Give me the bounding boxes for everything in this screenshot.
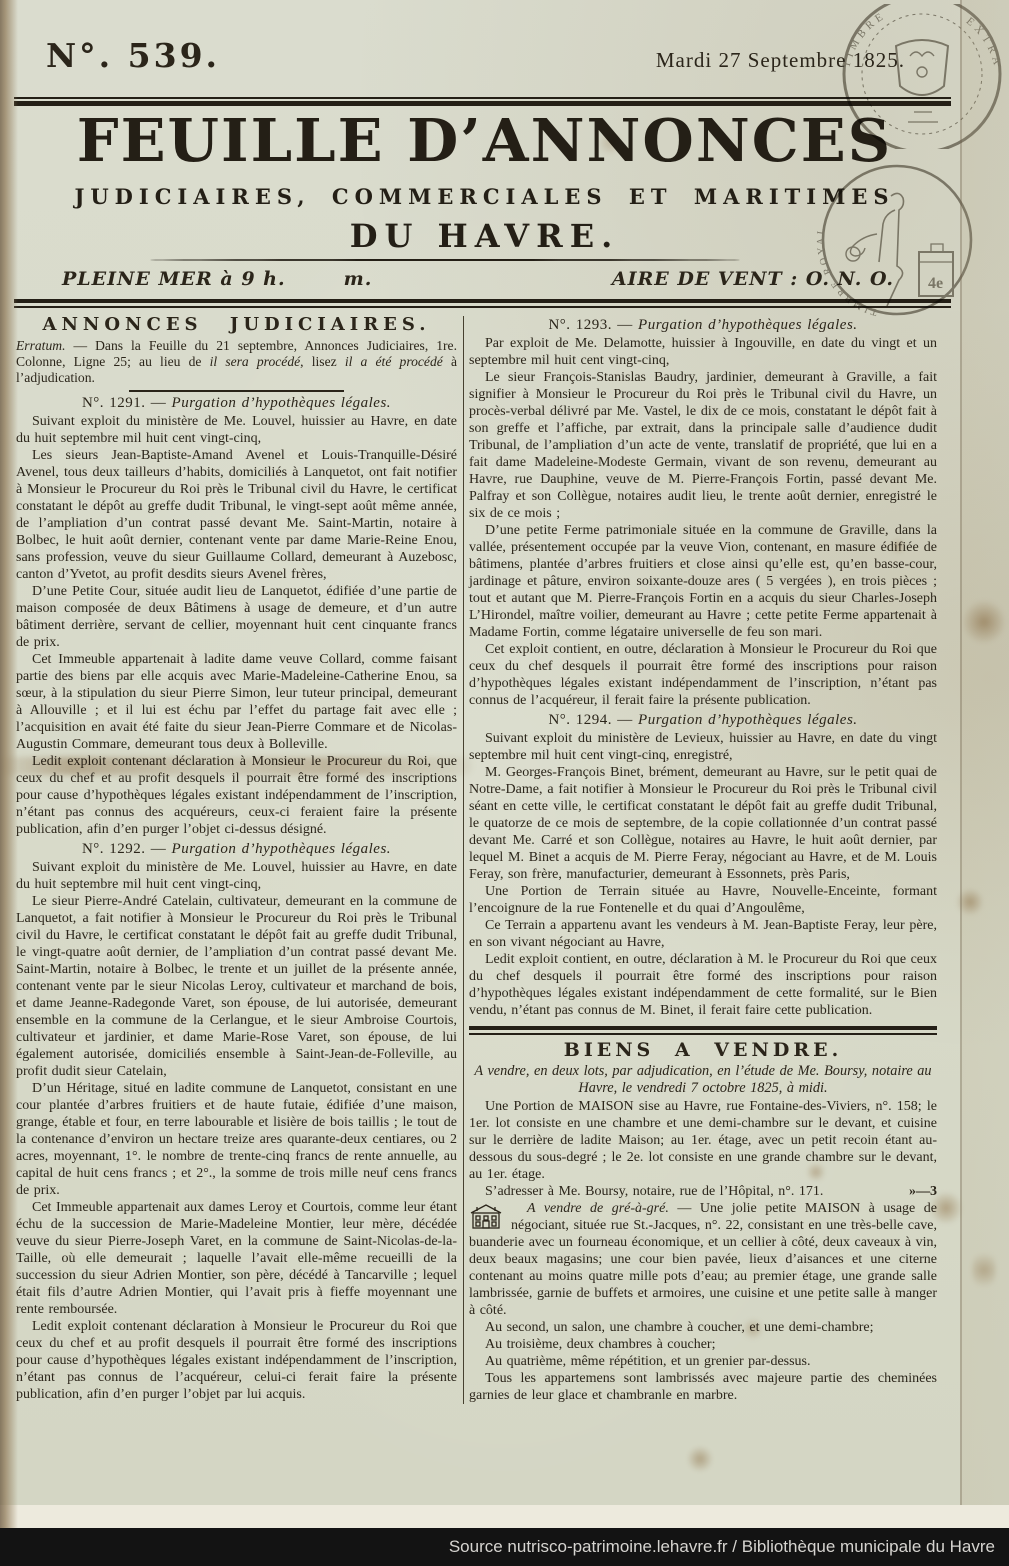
- newspaper-sheet: N°. 539. Mardi 27 Septembre 1825. FEUILL…: [0, 0, 1009, 1505]
- scan-background-strip: [0, 1505, 1009, 1528]
- timbre-royal-stamp-icon: 4e TIMBRE ROYAL: [815, 160, 980, 320]
- newspaper-city-line: DU HAVRE.: [20, 217, 949, 255]
- page-right-edge: [962, 0, 1009, 1505]
- biens-section-rule: [469, 1026, 937, 1035]
- left-column: ANNONCES JUDICIAIRES. Erratum. — Dans la…: [16, 314, 457, 1404]
- section-title-biens: BIENS A VENDRE.: [469, 1039, 937, 1061]
- newspaper-subtitle: JUDICIAIRES, COMMERCIALES ET MARITIMES: [20, 184, 949, 209]
- newspaper-title: FEUILLE D’ANNONCES: [20, 110, 949, 172]
- stamp-value: 4e: [928, 275, 943, 292]
- ad-signature-mark: »—3: [893, 1183, 937, 1200]
- tide-info: PLEINE MER à 9 h.m.: [62, 268, 372, 290]
- biens-ad2-note: Tous les appartemens sont lambrissés ave…: [469, 1370, 937, 1404]
- right-column: N°. 1293. — Purgation d’hypothèques léga…: [469, 314, 937, 1404]
- article-heading-1292: N°. 1292. — Purgation d’hypothèques léga…: [16, 841, 457, 858]
- book-binding-edge: [0, 0, 18, 1528]
- house-icon: [469, 1203, 503, 1231]
- paper-stain: [686, 1446, 714, 1472]
- svg-text:TIMBRE ROYAL: TIMBRE ROYAL: [815, 225, 878, 318]
- article-paragraph: M. Georges-François Binet, brément, deme…: [469, 764, 937, 883]
- biens-contact-line: »—3 S’adresser à Me. Boursy, notaire, ru…: [469, 1183, 937, 1200]
- paper-stain: [928, 1192, 964, 1224]
- biens-ad2-floor3: Au troisième, deux chambres à coucher;: [469, 1336, 937, 1353]
- biens-ad2-floor4: Au quatrième, même répétition, et un gre…: [469, 1353, 937, 1370]
- article-paragraph: Cet Immeuble appartenait aux dames Leroy…: [16, 1199, 457, 1318]
- article-columns: ANNONCES JUDICIAIRES. Erratum. — Dans la…: [16, 314, 937, 1404]
- column-divider-rule: [463, 316, 464, 1404]
- tide-wind-row: PLEINE MER à 9 h.m. AIRE DE VENT : O. N.…: [62, 268, 894, 290]
- article-paragraph: D’un Héritage, situé en ladite commune d…: [16, 1080, 457, 1199]
- biens-ad2-floor2: Au second, un salon, une chambre à couch…: [469, 1319, 937, 1336]
- newspaper-scan-page: N°. 539. Mardi 27 Septembre 1825. FEUILL…: [0, 0, 1009, 1566]
- erratum-paragraph: Erratum. — Dans la Feuille du 21 septemb…: [16, 338, 457, 386]
- paper-stain: [742, 1318, 764, 1340]
- svg-text:TIMBRE: TIMBRE: [840, 9, 888, 69]
- article-paragraph: Le sieur François-Stanislas Baudry, jard…: [469, 369, 937, 522]
- article-paragraph: Par exploit de Me. Delamotte, huissier à…: [469, 335, 937, 369]
- masthead: FEUILLE D’ANNONCES JUDICIAIRES, COMMERCI…: [20, 102, 949, 255]
- article-paragraph: Cet Immeuble appartenait à ladite dame v…: [16, 651, 457, 753]
- paper-stain: [890, 538, 906, 554]
- article-paragraph: Suivant exploit du ministère de Levieux,…: [469, 730, 937, 764]
- source-attribution-text: Source nutrisco-patrimoine.lehavre.fr / …: [449, 1537, 995, 1557]
- section-title-annonces: ANNONCES JUDICIAIRES.: [16, 314, 457, 335]
- article-paragraph: Les sieurs Jean-Baptiste-Amand Avenel et…: [16, 447, 457, 583]
- tide-label: PLEINE MER à 9 h.: [62, 268, 286, 290]
- paper-stain: [596, 132, 624, 154]
- article-paragraph: Ce Terrain a appartenu avant les vendeur…: [469, 917, 937, 951]
- page-right-edge-line: [960, 0, 962, 1505]
- article-paragraph: Cet exploit contient, en outre, déclarat…: [469, 641, 937, 709]
- biens-lot-description: Une Portion de MAISON sise au Havre, rue…: [469, 1098, 937, 1183]
- article-paragraph: Suivant exploit du ministère de Me. Louv…: [16, 859, 457, 893]
- article-paragraph: Ledit exploit contient, en outre, déclar…: [469, 951, 937, 1019]
- article-paragraph: Le sieur Pierre-André Catelain, cultivat…: [16, 893, 457, 1080]
- masthead-thin-rule: [150, 259, 740, 261]
- paper-smear-stain: [0, 757, 472, 775]
- source-attribution-bar: Source nutrisco-patrimoine.lehavre.fr / …: [0, 1528, 1009, 1566]
- article-paragraph: D’une petite Ferme patrimoniale située e…: [469, 522, 937, 641]
- article-paragraph: D’une Petite Cour, située audit lieu de …: [16, 583, 457, 651]
- article-paragraph: Ledit exploit contenant déclaration à Mo…: [16, 1318, 457, 1403]
- biens-intro: A vendre, en deux lots, par adjudication…: [469, 1063, 937, 1097]
- article-paragraph: Une Portion de Terrain située au Havre, …: [469, 883, 937, 917]
- header-row: N°. 539. Mardi 27 Septembre 1825.: [46, 36, 905, 75]
- masthead-thick-rule: [14, 299, 951, 308]
- issue-number: N°. 539.: [46, 36, 220, 75]
- paper-stain: [806, 1162, 826, 1182]
- article-heading-1291: N°. 1291. — Purgation d’hypothèques léga…: [16, 395, 457, 412]
- tide-minutes: m.: [344, 268, 373, 290]
- erratum-divider-rule: [129, 390, 344, 392]
- article-paragraph: Suivant exploit du ministère de Me. Louv…: [16, 413, 457, 447]
- biens-ad2-paragraph: A vendre de gré-à-gré. — Une jolie petit…: [469, 1200, 937, 1319]
- article-heading-1294: N°. 1294. — Purgation d’hypothèques léga…: [469, 712, 937, 729]
